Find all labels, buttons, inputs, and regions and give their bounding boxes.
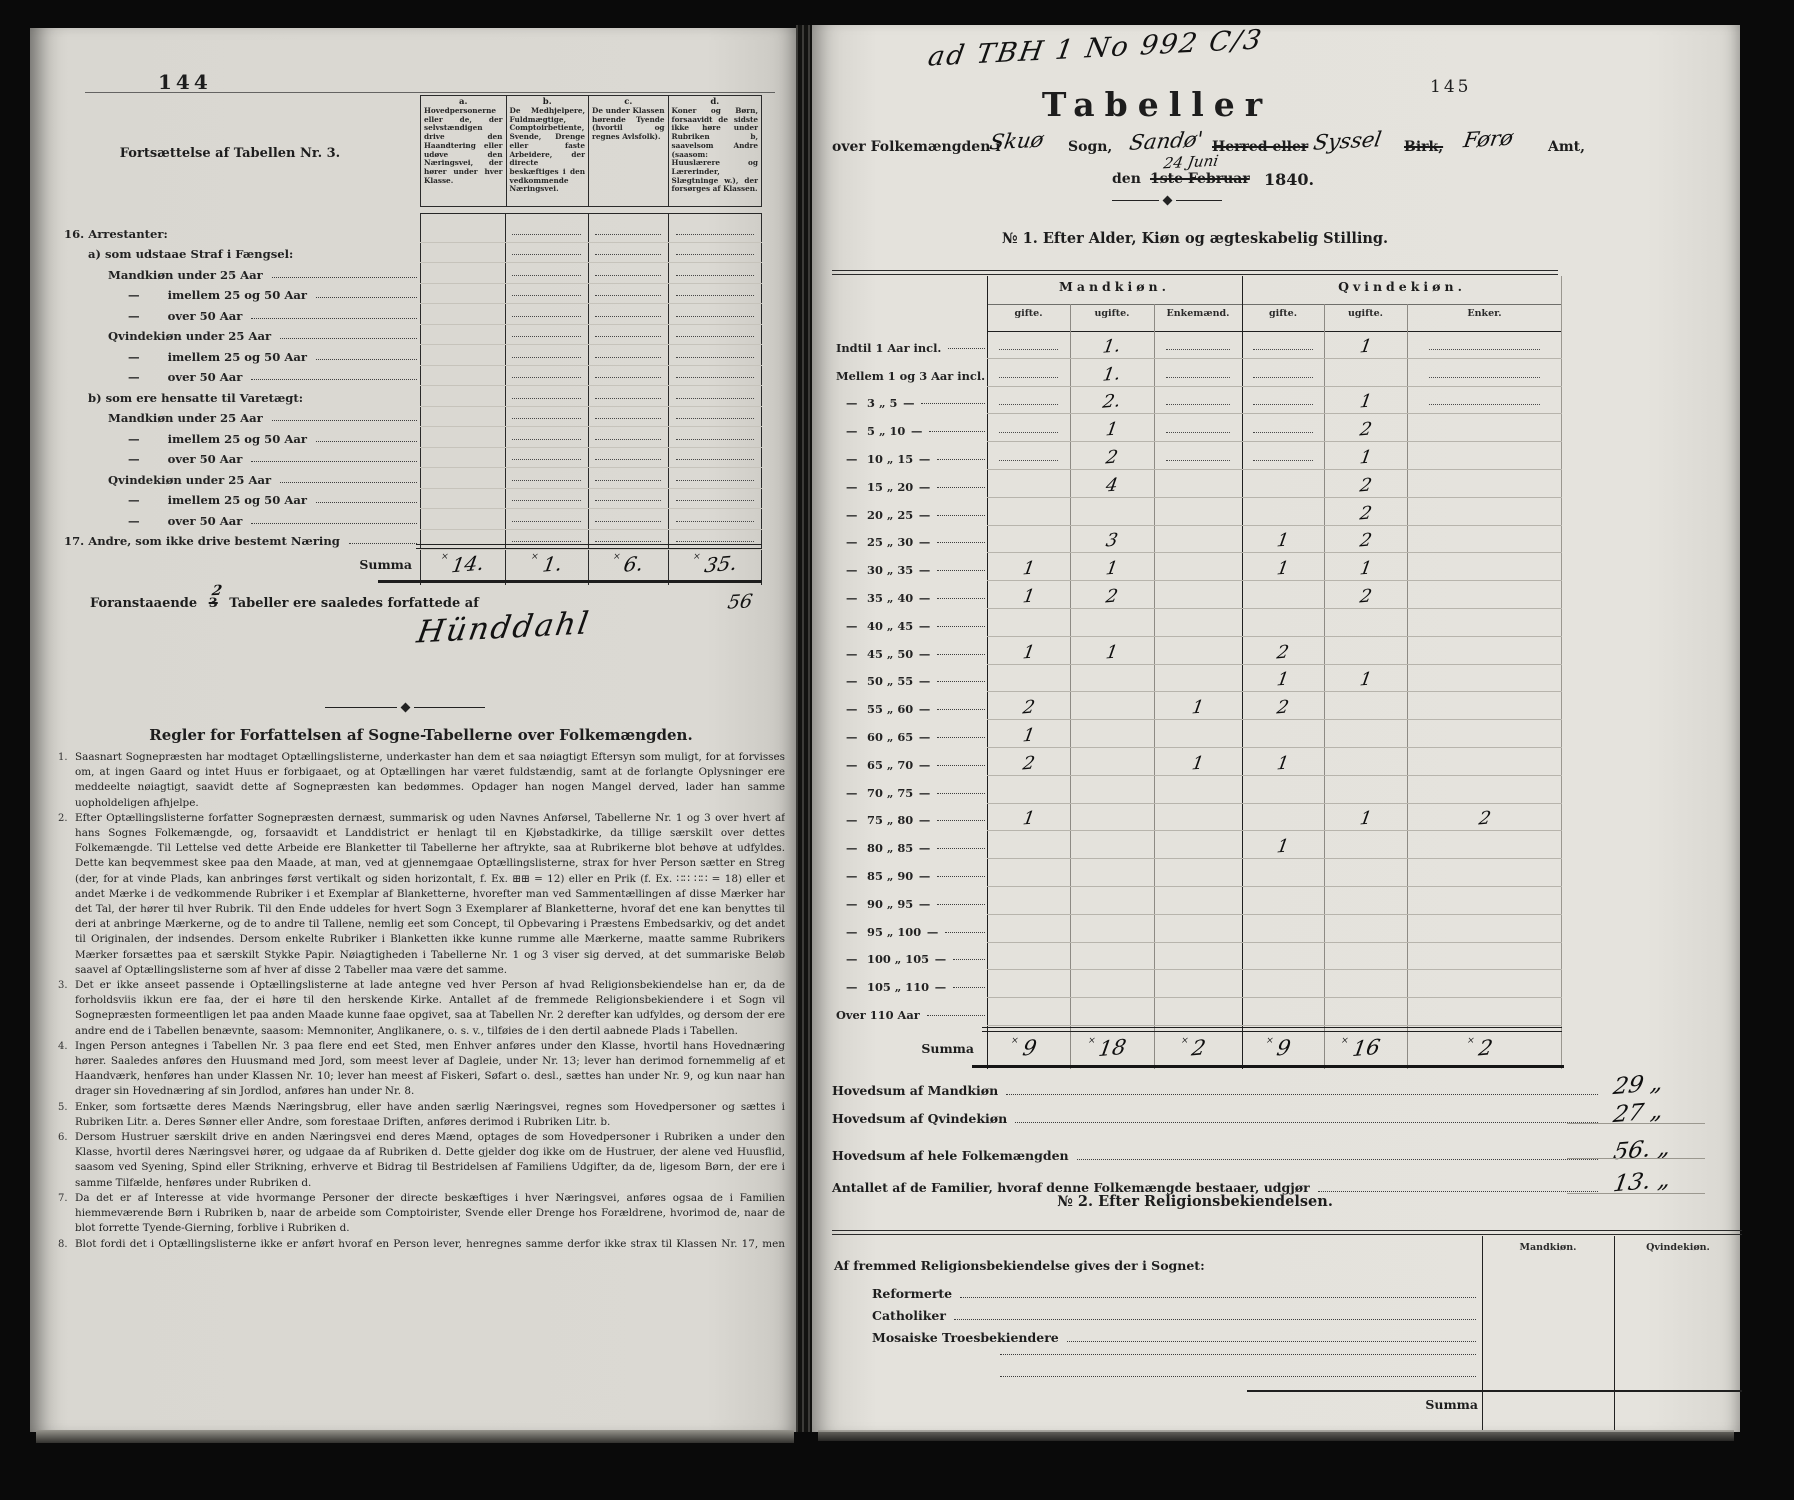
table1-cell: 1 (1242, 553, 1324, 580)
table1-cell: 1 (1242, 748, 1324, 775)
table1-cell (1242, 442, 1324, 469)
dotted-cell-fill (1166, 349, 1229, 350)
table1-cell (1324, 692, 1407, 719)
table1-row-cells: 312 (987, 526, 1562, 554)
dotted-leader (937, 459, 985, 460)
column-description: Hovedpersonerne eller de, der selvstændi… (424, 107, 503, 185)
dotted-cell-fill (1253, 460, 1312, 461)
dotted-cell-fill (676, 439, 753, 440)
cell-value-handwritten: 1. (1102, 364, 1123, 385)
table2-religion: Mandkiøn.Qvindekiøn.Af fremmed Religions… (832, 1230, 1742, 1432)
table3-cell (668, 366, 762, 387)
table2-heading: № 2. Efter Religionsbekiendelsen. (832, 1193, 1558, 1210)
dotted-leader (937, 598, 985, 599)
summa-value-handwritten: 2 (1190, 1035, 1207, 1060)
table1-row-cells: 21 (987, 442, 1562, 470)
table3-cell (588, 243, 668, 264)
table3-row: —over 50 Aar (60, 448, 762, 469)
divider-ornament (325, 704, 485, 711)
dotted-leader (1006, 1094, 1598, 1095)
table1-row-cells: 112 (987, 637, 1562, 665)
religion-row-label: Catholiker (872, 1308, 946, 1323)
table1-cell (987, 498, 1070, 525)
cell-value-handwritten: 2 (1358, 531, 1373, 552)
pen-tick-mark: × (530, 552, 539, 562)
rule-item: 8.Blot fordi det i Optællingslisterne ik… (58, 1237, 785, 1253)
dash-mark: — (128, 351, 140, 364)
row-label: —over 50 Aar (60, 453, 420, 468)
table3-row: a) som udstaae Straf i Fængsel: (60, 243, 762, 264)
table1-cell (1324, 776, 1407, 803)
table3-cell (505, 263, 588, 284)
table1-cell (1407, 748, 1562, 775)
dotted-cell-fill (512, 295, 580, 296)
table1-cell (1407, 998, 1562, 1025)
cell-value-handwritten: 1 (1276, 559, 1291, 580)
religion-row: Reformerte (872, 1286, 1480, 1301)
dotted-cell-fill (595, 377, 661, 378)
table1-row-cells (987, 915, 1562, 943)
cell-value-handwritten: 1 (1358, 559, 1373, 580)
rule-text: Efter Optællingslisterne forfatter Sogne… (75, 812, 785, 976)
table1-cell (987, 831, 1070, 858)
table1-row: Indtil 1 Aar incl.1.1 (832, 331, 1562, 359)
dotted-leader (937, 626, 985, 627)
ruled-line (85, 92, 775, 93)
table1-cell (1407, 720, 1562, 747)
cell-value-handwritten: 1 (1021, 587, 1036, 608)
dotted-leader (937, 904, 985, 905)
table1-cell: 1 (987, 804, 1070, 831)
total-row: Antallet af de Familier, hvoraf denne Fo… (832, 1169, 1722, 1195)
table1-cell: 2 (1070, 442, 1154, 469)
dotted-leader (316, 502, 417, 503)
dotted-cell-fill (999, 460, 1059, 461)
dotted-leader (937, 876, 985, 877)
dotted-leader (316, 441, 417, 442)
religion-row-label: Reformerte (872, 1286, 952, 1301)
summa-value-handwritten: 2 (1477, 1035, 1494, 1060)
table1-cell: 2 (1070, 581, 1154, 608)
age-row-label: — 90 „ 95 — (832, 887, 987, 915)
table3-cell (588, 222, 668, 243)
table1-cell (987, 526, 1070, 553)
table3-cell (505, 325, 588, 346)
dotted-cell-fill (512, 254, 580, 255)
table1-cell (1407, 831, 1562, 858)
dotted-leader (280, 482, 417, 483)
age-row-label-text: Mellem 1 og 3 Aar incl. (836, 370, 985, 383)
table3-cell (668, 284, 762, 305)
table1-row: — 100 „ 105 — (832, 943, 1562, 971)
pen-tick-mark: × (440, 552, 449, 562)
summa-value-cell: ×2 (1149, 1036, 1237, 1060)
table1-cell (1324, 609, 1407, 636)
subtitle-printed-3: Amt, (1548, 139, 1585, 155)
rule-number: 3. (58, 978, 68, 993)
table1-cell (987, 359, 1070, 386)
summa-separator (416, 544, 762, 545)
dotted-cell-fill (676, 336, 753, 337)
table1-cell (1407, 331, 1562, 358)
dotted-leader (937, 709, 985, 710)
table1-row-cells (987, 609, 1562, 637)
table1-cell (987, 414, 1070, 441)
summa-label: Summa (60, 557, 420, 572)
table1-cell (1242, 414, 1324, 441)
table1-cell (1242, 943, 1324, 970)
table1-cell (1407, 442, 1562, 469)
table1-cell (1407, 887, 1562, 914)
dotted-leader (953, 987, 985, 988)
dotted-cell-fill (1166, 377, 1229, 378)
table1-cell (1324, 859, 1407, 886)
small-ornament (1112, 197, 1222, 204)
age-row-label-text: — 100 „ 105 — (846, 953, 946, 966)
table3-cell (668, 509, 762, 530)
row-label: 16. Arrestanter: (60, 228, 420, 243)
table3-cell (588, 509, 668, 530)
pen-tick-mark: × (1466, 1036, 1475, 1046)
cell-value-handwritten: 1 (1358, 448, 1373, 469)
dotted-cell-fill (512, 398, 580, 399)
dotted-leader (937, 765, 985, 766)
cell-value-handwritten: 1 (1358, 670, 1373, 691)
subheader-Enkemnd: Enkemænd. (1154, 308, 1242, 319)
rule-number: 8. (58, 1237, 68, 1252)
table1-cell (987, 998, 1070, 1025)
pen-tick-mark: × (1180, 1036, 1189, 1046)
age-row-label: — 85 „ 90 — (832, 859, 987, 887)
subtitle-printed-1: over Folkemængden i (832, 139, 1001, 155)
dotted-leader (1000, 1376, 1476, 1377)
table1-row-cells (987, 998, 1562, 1026)
table1-cell (1154, 970, 1242, 997)
religion-intro: Af fremmed Religionsbekiendelse gives de… (834, 1258, 1205, 1273)
row-label-text: 17. Andre, som ikke drive bestemt Næring (64, 535, 340, 548)
dash-mark: — (128, 310, 140, 323)
dotted-leader (1318, 1191, 1598, 1192)
column-description: De Medhjelpere, Fuldmægtige, Comptoirbet… (510, 107, 586, 194)
age-row-label-text: — 85 „ 90 — (846, 870, 930, 883)
dotted-leader (921, 403, 985, 404)
age-row-label: — 105 „ 110 — (832, 970, 987, 998)
table3-cell (420, 284, 505, 305)
cell-value-handwritten: 1 (1021, 559, 1036, 580)
table1-cell (1154, 581, 1242, 608)
table1-row: — 50 „ 55 —11 (832, 665, 1562, 693)
table1-cell (1154, 776, 1242, 803)
total-row: Hovedsum af hele Folkemængden56. „ (832, 1137, 1722, 1163)
religion-row-label: Mosaiske Troesbekiendere (872, 1330, 1059, 1345)
age-row-label: — 80 „ 85 — (832, 831, 987, 859)
table3-cell (505, 489, 588, 510)
dotted-leader (937, 848, 985, 849)
column-description: De under Klassen hørende Tyende (hvortil… (592, 107, 665, 142)
dotted-cell-fill (595, 541, 661, 542)
table1-cell: 2. (1070, 387, 1154, 414)
pencil-line (1567, 1123, 1705, 1124)
table1-cell: 1 (1242, 526, 1324, 553)
dotted-leader (1077, 1159, 1598, 1160)
dotted-cell-fill (595, 275, 661, 276)
table1-cell (1242, 331, 1324, 358)
rule-item: 4.Ingen Person antegnes i Tabellen Nr. 3… (58, 1039, 785, 1100)
table1-cell (1070, 943, 1154, 970)
table3-row: Mandkiøn under 25 Aar (60, 263, 762, 284)
table1-row: — 5 „ 10 —12 (832, 414, 1562, 442)
age-row-label: — 40 „ 45 — (832, 609, 987, 637)
cell-value-handwritten: 2 (1358, 420, 1373, 441)
table1-heading: № 1. Efter Alder, Kiøn og ægteskabelig S… (832, 230, 1558, 247)
cell-value-handwritten: 1 (1276, 531, 1291, 552)
dotted-cell-fill (999, 377, 1059, 378)
struck-herred-eller: Herred eller (1212, 139, 1308, 155)
table1-cell (1324, 637, 1407, 664)
dotted-leader (272, 277, 417, 278)
table1-row: — 30 „ 35 —1111 (832, 553, 1562, 581)
dotted-leader (937, 654, 985, 655)
dotted-leader (251, 523, 417, 524)
table1-cell (1070, 665, 1154, 692)
table1-cell (1407, 692, 1562, 719)
total-label: Hovedsum af Mandkiøn (832, 1083, 998, 1098)
table1-cell (1154, 442, 1242, 469)
margin-number: 56 (726, 590, 754, 613)
row-label: Qvindekiøn under 25 Aar (60, 330, 420, 345)
row-label: Qvindekiøn under 25 Aar (60, 474, 420, 489)
rule-item: 2.Efter Optællingslisterne forfatter Sog… (58, 811, 785, 978)
table1-cell (1324, 831, 1407, 858)
corrected-date-handwritten: 24 Juni (1162, 152, 1219, 173)
table1-row-cells: 42 (987, 470, 1562, 498)
table3-column-header: b.De Medhjelpere, Fuldmægtige, Comptoirb… (506, 96, 589, 206)
table1-row: — 75 „ 80 —112 (832, 804, 1562, 832)
right-page: ad TBH 1 No 992 C/3 145 Tabeller over Fo… (812, 25, 1740, 1432)
dotted-leader (937, 820, 985, 821)
table3-cell (505, 448, 588, 469)
table3-column-headers: a.Hovedpersonerne eller de, der selvstæn… (420, 95, 762, 207)
table3-cell (588, 263, 668, 284)
table3-cell (668, 325, 762, 346)
table1-cell (1242, 498, 1324, 525)
age-row-label-text: — 70 „ 75 — (846, 787, 930, 800)
age-row-label: — 65 „ 70 — (832, 748, 987, 776)
cell-value-handwritten: 1 (1105, 420, 1120, 441)
table1-cell (1070, 692, 1154, 719)
table3-cell (420, 263, 505, 284)
dotted-leader (251, 461, 417, 462)
table3-cell (505, 509, 588, 530)
dotted-leader (948, 348, 985, 349)
table1-cell (1242, 387, 1324, 414)
cell-value-handwritten: 1 (1276, 753, 1291, 774)
table3-cell (420, 386, 505, 407)
syssel-handwritten: Syssel (1312, 127, 1383, 154)
table3-cell (420, 222, 505, 243)
total-row: Hovedsum af Mandkiøn29 „ (832, 1072, 1722, 1098)
table1-cell: 1 (1070, 553, 1154, 580)
dotted-leader (251, 379, 417, 380)
row-label: —over 50 Aar (60, 515, 420, 530)
cell-value-handwritten: 2 (1021, 753, 1036, 774)
dotted-leader (954, 1319, 1476, 1320)
left-page: 144 Fortsættelse af Tabellen Nr. 3. a.Ho… (30, 28, 800, 1432)
dotted-leader (272, 420, 417, 421)
dotted-cell-fill (676, 377, 753, 378)
table1-row: — 80 „ 85 —1 (832, 831, 1562, 859)
pen-tick-mark: × (1265, 1036, 1274, 1046)
table1-row-cells: 1.1 (987, 331, 1562, 359)
table3-row: b) som ere hensatte til Varetægt: (60, 386, 762, 407)
table3-cell (588, 468, 668, 489)
subtitle-printed-4: den (1112, 171, 1141, 187)
table1-cell (1324, 887, 1407, 914)
row-label: —imellem 25 og 50 Aar (60, 433, 420, 448)
cell-value-handwritten: 1 (1191, 698, 1206, 719)
religion-col-mandkion: Mandkiøn. (1482, 1242, 1614, 1253)
dotted-cell-fill (595, 398, 661, 399)
age-row-label: — 3 „ 5 — (832, 387, 987, 415)
row-label-text: over 50 Aar (168, 515, 243, 528)
dotted-cell-fill (676, 234, 753, 235)
total-value-handwritten: 56. „ (1611, 1135, 1672, 1166)
table1-cell (1154, 609, 1242, 636)
age-row-label-text: — 15 „ 20 — (846, 481, 930, 494)
table3-cell (505, 304, 588, 325)
table1-row-cells: 1. (987, 359, 1562, 387)
age-row-label: — 60 „ 65 — (832, 720, 987, 748)
table1-cell (1407, 498, 1562, 525)
table1-cell: 1 (987, 637, 1070, 664)
row-label-text: Qvindekiøn under 25 Aar (108, 330, 271, 343)
table3-cell (588, 304, 668, 325)
table1-cell: 1 (1324, 442, 1407, 469)
table1-cell (1324, 720, 1407, 747)
table3-cell (505, 468, 588, 489)
dotted-leader (1000, 1354, 1476, 1355)
table1-row-cells: 11 (987, 665, 1562, 693)
table3-cell (420, 345, 505, 366)
row-label: Mandkiøn under 25 Aar (60, 269, 420, 284)
cell-value-handwritten: 1 (1021, 726, 1036, 747)
summa-value-cell: ×35. (668, 552, 762, 576)
group-header-mandkion: Mandkiøn. (987, 279, 1242, 294)
summa-value-handwritten: 35. (703, 551, 739, 578)
table1-cell (1154, 665, 1242, 692)
table1-cell: 2 (1324, 581, 1407, 608)
table1-cell: 2 (1242, 692, 1324, 719)
religion-col-qvindekion: Qvindekiøn. (1614, 1242, 1742, 1253)
table3-cell (668, 468, 762, 489)
attestation-line: Foranstaaende 32 Tabeller ere saaledes f… (90, 596, 479, 611)
table1-cell (1407, 414, 1562, 441)
religion-row: Catholiker (872, 1308, 1480, 1323)
table1-cell (1242, 915, 1324, 942)
dotted-cell-fill (1429, 349, 1541, 350)
table1-cell: 1 (1070, 414, 1154, 441)
row-label: b) som ere hensatte til Varetægt: (60, 392, 420, 407)
dotted-leader (251, 318, 417, 319)
table1-cell (1324, 943, 1407, 970)
summa-value-cell: ×6. (588, 552, 668, 576)
religion-row: Mosaiske Troesbekiendere (872, 1330, 1480, 1345)
summa-value-handwritten: 1. (541, 551, 564, 577)
age-row-label: — 100 „ 105 — (832, 943, 987, 971)
table1-cell (987, 331, 1070, 358)
table3-cell (668, 448, 762, 469)
table3-cell (588, 489, 668, 510)
dotted-leader (927, 1015, 985, 1016)
row-label: a) som udstaae Straf i Fængsel: (60, 248, 420, 263)
table1-cell (1242, 970, 1324, 997)
table1-cell (1407, 665, 1562, 692)
table1-cell (1242, 470, 1324, 497)
cell-value-handwritten: 1 (1358, 809, 1373, 830)
row-label-text: imellem 25 og 50 Aar (168, 351, 307, 364)
table1-cell (1407, 637, 1562, 664)
summa-value-cell: ×9 (1237, 1036, 1319, 1060)
dotted-cell-fill (676, 480, 753, 481)
table3-row: Qvindekiøn under 25 Aar (60, 468, 762, 489)
table3-cell (505, 427, 588, 448)
cell-value-handwritten: 2 (1105, 448, 1120, 469)
dotted-cell-fill (512, 234, 580, 235)
dotted-leader (937, 737, 985, 738)
table-vertical-line-bold (1614, 1236, 1615, 1430)
table3-cell (668, 427, 762, 448)
religion-blank-row (992, 1376, 1480, 1380)
table1-cell (1407, 915, 1562, 942)
age-row-label-text: Over 110 Aar (836, 1009, 920, 1022)
table1-row-cells (987, 970, 1562, 998)
table1-cell: 1 (1070, 637, 1154, 664)
dotted-cell-fill (676, 316, 753, 317)
dotted-cell-fill (512, 521, 580, 522)
table1-row-cells: 112 (987, 804, 1562, 832)
table3-cell (420, 448, 505, 469)
table-vertical-line-bold (1482, 1236, 1483, 1430)
table3-row: —imellem 25 og 50 Aar (60, 284, 762, 305)
table1-cell (1242, 776, 1324, 803)
dotted-leader (937, 570, 985, 571)
table1-row-cells: 1 (987, 720, 1562, 748)
rule-item: 7.Da det er af Interesse at vide hvorman… (58, 1191, 785, 1237)
table3-cell (668, 345, 762, 366)
age-row-label: — 35 „ 40 — (832, 581, 987, 609)
dotted-cell-fill (595, 418, 661, 419)
rule-number: 2. (58, 811, 68, 826)
age-row-label-text: — 30 „ 35 — (846, 564, 930, 577)
dotted-cell-fill (1253, 377, 1312, 378)
subheader-ugifte: ugifte. (1324, 308, 1407, 319)
row-label: —over 50 Aar (60, 310, 420, 325)
total-value: 13. „ (1604, 1169, 1722, 1195)
rule-item: 5.Enker, som fortsætte deres Mænds Nærin… (58, 1100, 785, 1130)
rules-heading: Regler for Forfattelsen af Sogne-Tabelle… (58, 726, 784, 744)
row-label: —over 50 Aar (60, 371, 420, 386)
table1-cell (1154, 526, 1242, 553)
table1-cell (1407, 470, 1562, 497)
age-row-label-text: — 3 „ 5 — (846, 397, 914, 410)
table3-column-header: d.Koner og Børn, forsaavidt de sidste ik… (668, 96, 761, 206)
summa-value-cell: ×9 (982, 1036, 1065, 1060)
rule-text: Enker, som fortsætte deres Mænds Nærings… (75, 1101, 785, 1128)
table1-cell (987, 776, 1070, 803)
dotted-cell-fill (595, 357, 661, 358)
dotted-leader (937, 515, 985, 516)
table1-row: — 65 „ 70 —211 (832, 748, 1562, 776)
